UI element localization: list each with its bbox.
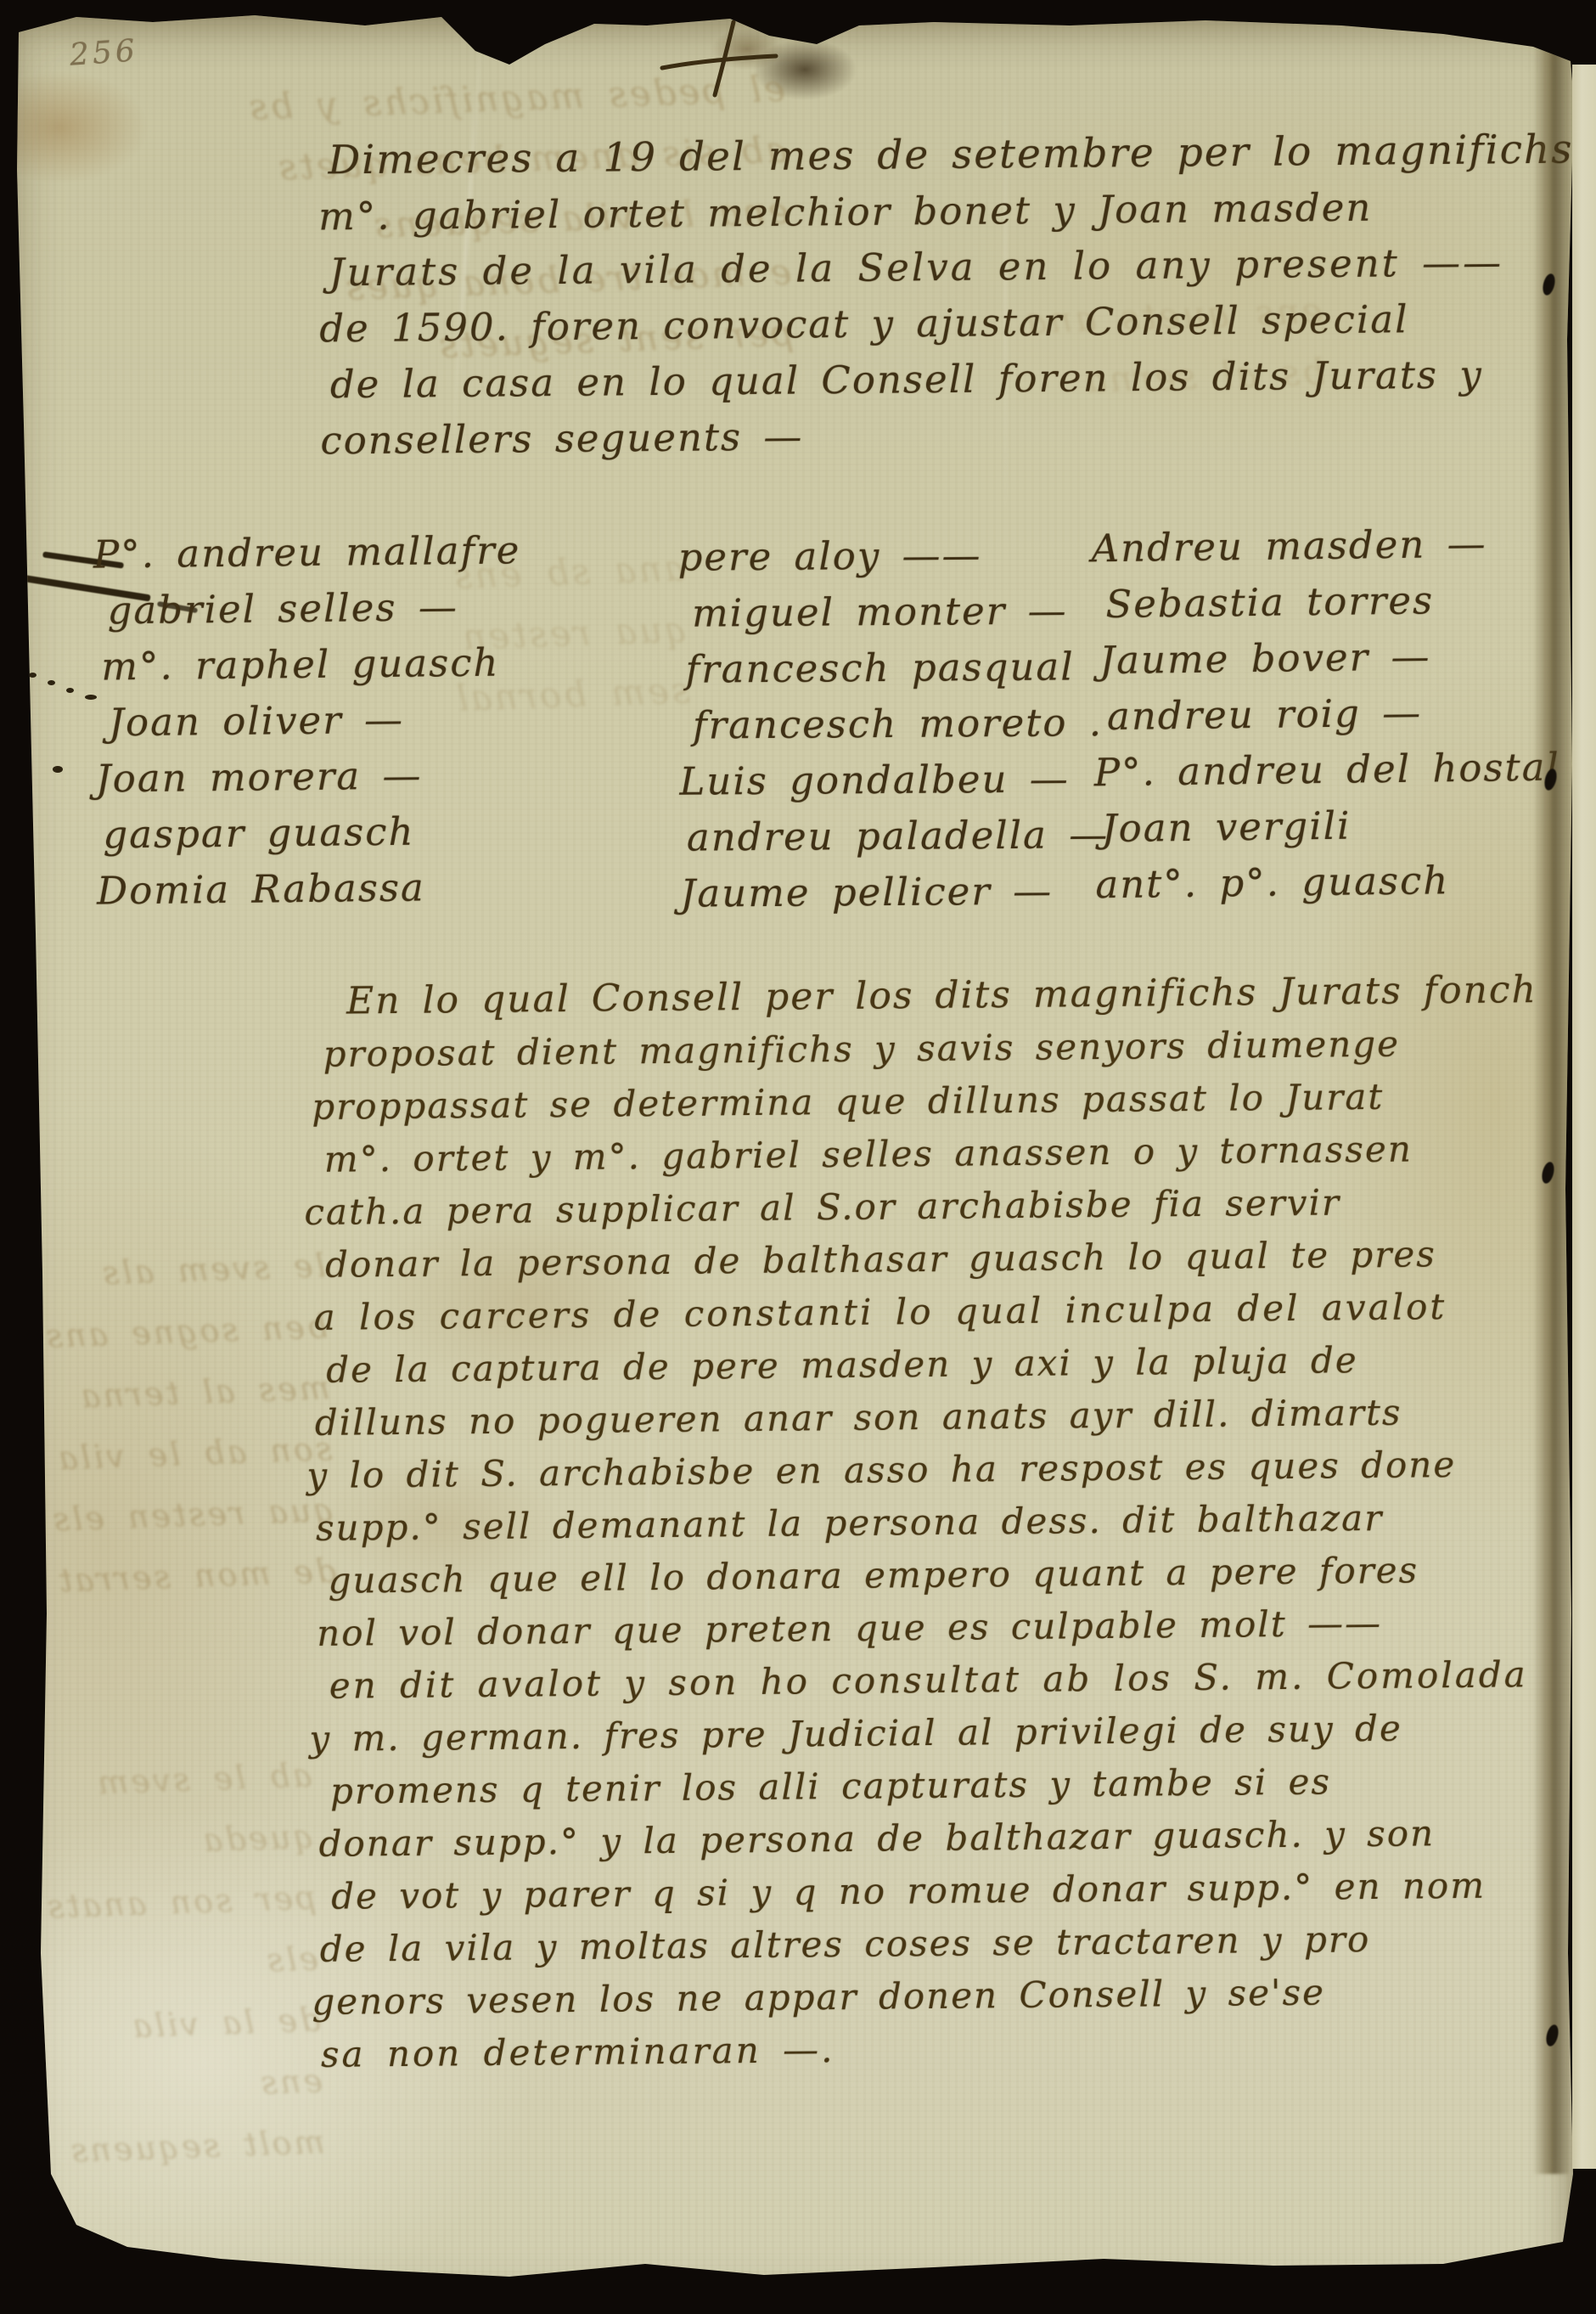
attendee-name: m°. raphel guasch	[101, 634, 522, 695]
attendee-column-2: pere aloy —— miguel monter — francesch p…	[677, 526, 1109, 922]
ink-dot	[29, 673, 37, 678]
attendee-name: Luis gondalbeu —	[679, 751, 1109, 810]
folio-number: 256	[69, 33, 139, 73]
ink-dot	[66, 688, 74, 693]
gutter-shadow	[1533, 34, 1569, 2174]
attendee-name: Jaume pellicer —	[680, 863, 1110, 922]
attendee-name: andreu roig —	[1107, 684, 1560, 746]
attendee-name: Sebastia torres	[1105, 571, 1559, 633]
attendee-name: Andreu masden —	[1091, 515, 1558, 577]
attendee-column-3: Andreu masden — Sebastia torres Jaume bo…	[1091, 515, 1562, 914]
attendee-name: pere aloy ——	[677, 526, 1107, 586]
attendee-name: P°. andreu mallafre	[93, 522, 521, 583]
attendee-name: andreu paladella —	[687, 807, 1110, 865]
next-page-edge	[1572, 65, 1596, 2169]
attendee-name: Jaume bover —	[1099, 628, 1559, 690]
ink-dot	[10, 664, 18, 669]
ink-dot	[53, 766, 63, 773]
attendee-name: ant°. p°. guasch	[1095, 852, 1562, 914]
manuscript-page: el pedes magnifichs y bs ab sis anem ben…	[0, 0, 1596, 2314]
cross-mark	[655, 15, 783, 104]
ink-dot	[48, 680, 55, 685]
attendee-column-1: P°. andreu mallafre gabriel selles — m°.…	[93, 522, 525, 919]
heading-line: Dimecres a 19 del mes de setembre per lo…	[328, 122, 1573, 189]
bleedthrough-text: ab le svem queda per son anats els de la…	[39, 1745, 325, 2182]
attendee-name: Joan morera —	[95, 746, 523, 807]
attendee-name: P°. andreu del hostal	[1093, 740, 1560, 802]
heading-line: consellers seguents —	[320, 403, 1576, 470]
attendee-name: francesch moreto .	[693, 695, 1109, 753]
attendee-name: Domia Rabassa	[97, 859, 525, 919]
heading-line: de la casa en lo qual Consell foren los …	[330, 346, 1576, 414]
heading-block: Dimecres a 19 del mes de setembre per lo…	[328, 122, 1576, 470]
bleedthrough-text: le svem als ben sogne ans mes al terna s…	[37, 1235, 338, 1612]
attendee-name: gaspar guasch	[103, 802, 524, 863]
body-line: sa non determinaran —.	[321, 2017, 1548, 2081]
body-paragraph: En lo qual Consell per los dits magnific…	[311, 964, 1548, 2081]
attendee-name: gabriel selles —	[107, 578, 521, 639]
attendee-name: miguel monter —	[692, 583, 1108, 641]
attendee-name: francesch pasqual	[685, 639, 1108, 697]
manuscript-photo: el pedes magnifichs y bs ab sis anem ben…	[0, 0, 1596, 2314]
attendee-name: Joan oliver —	[109, 690, 523, 751]
attendee-name: Joan vergili	[1101, 796, 1561, 858]
